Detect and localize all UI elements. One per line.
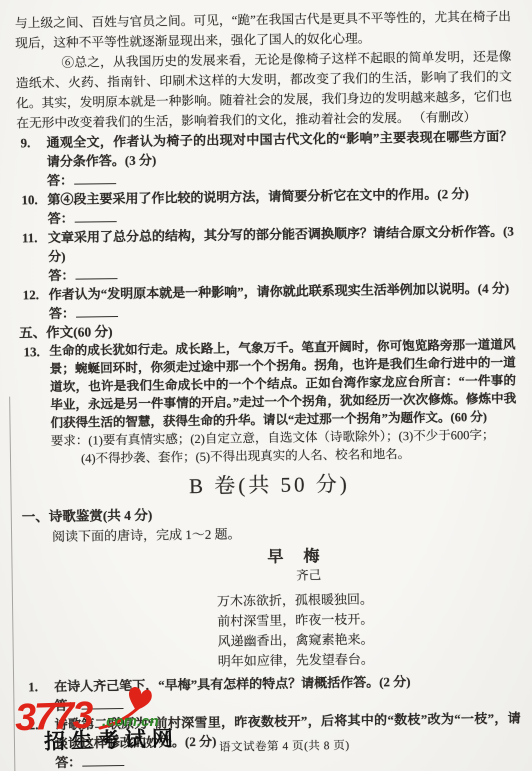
section-b-heading: B 卷(共 50 分): [21, 468, 517, 503]
question-text: 通观全文，作者认为椅子的出现对中国古代文化的“影响”主要表现在哪些方面？请分条作…: [46, 129, 512, 170]
question-number: 10.: [21, 190, 48, 228]
answer-label: 答：: [48, 268, 74, 283]
answer-blank: [75, 208, 117, 223]
question-number: 12.: [23, 285, 50, 323]
answer-label: 答：: [55, 755, 81, 770]
question-number: 9.: [20, 133, 47, 190]
watermark-site-name: 招生考试网: [44, 725, 180, 755]
exam-page-scan: 与上级之间、百姓与官员之间。可见，“跪”在我国古代是更具不平等性的，尤其在椅子出…: [0, 0, 532, 771]
question-11: 11. 文章采用了总分总的结构，其分写的部分能否调换顺序？请结合原文分析作答。(…: [22, 222, 515, 286]
question-number: 13.: [23, 342, 51, 468]
question-text: 文章采用了总分总的结构，其分写的部分能否调换顺序？请结合原文分析作答。(3 分): [48, 224, 514, 265]
page-footer: 语文试卷第 4 页(共 8 页): [219, 737, 350, 755]
answer-label: 答：: [49, 306, 75, 321]
answer-blank: [74, 170, 116, 185]
answer-label: 答：: [47, 173, 73, 188]
poem: 早 梅 齐己 万木冻欲折，孤根暖独回。 前村深雪里，昨夜一枝开。 风递幽香出，禽…: [46, 544, 532, 674]
question-number: 11.: [22, 228, 49, 285]
essay-prompt-end: 为题作文。(60 分): [388, 410, 487, 425]
scanned-content: 与上级之间、百姓与官员之间。可见，“跪”在我国古代是更具不平等性的，尤其在椅子出…: [0, 0, 532, 771]
question-9: 9. 通观全文，作者认为椅子的出现对中国古代文化的“影响”主要表现在哪些方面？请…: [20, 127, 513, 191]
poetry-instructions: 阅读下面的唐诗，完成 1～2 题。: [52, 521, 518, 546]
answer-blank: [75, 265, 117, 280]
answer-label: 答：: [48, 211, 74, 226]
passage-continuation: 与上级之间、百姓与官员之间。可见，“跪”在我国古代是更具不平等性的，尤其在椅子出…: [15, 7, 512, 54]
question-text: 第④段主要采用了作比较的说明方法，请简要分析它在文中的作用。(2 分): [47, 186, 469, 207]
question-13-essay: 13. 生命的成长犹如行走。成长路上，气象万千。笔直开阔时，你可饱览路旁那一道道…: [23, 336, 517, 469]
answer-blank: [76, 303, 118, 318]
answer-blank: [82, 752, 124, 767]
question-12: 12. 作者认为“发明原本就是一种影响”，请你就此联系现实生活举例加以说明。(4…: [23, 279, 515, 324]
essay-title: “走过那一个拐角”: [288, 411, 388, 426]
